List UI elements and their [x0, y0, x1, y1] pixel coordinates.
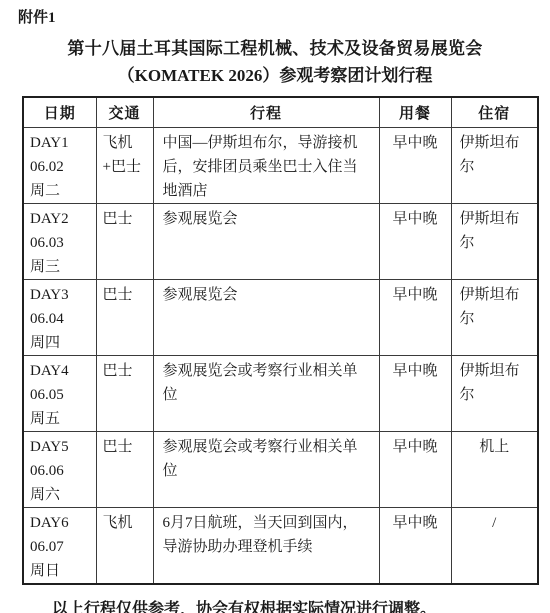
col-header-lodging: 住宿: [451, 97, 538, 127]
meals-cell: 早中晚: [379, 203, 451, 279]
table-header-row: 日期 交通 行程 用餐 住宿: [23, 97, 538, 127]
date-label: 06.06: [30, 459, 93, 483]
lodging-cell: 伊斯坦布尔: [451, 127, 538, 203]
itinerary-cell: 参观展览会或考察行业相关单位: [153, 355, 379, 431]
date-label: 06.04: [30, 307, 93, 331]
table-row-day2: DAY2 06.03 周三 巴士 参观展览会 早中晚 伊斯坦布尔: [23, 203, 538, 279]
lodging-cell: 伊斯坦布尔: [451, 203, 538, 279]
transport-cell: 巴士: [96, 279, 153, 355]
day-label: DAY3: [30, 283, 93, 307]
itinerary-subtitle: （KOMATEK 2026）参观考察团计划行程: [0, 65, 550, 87]
exhibition-title: 第十八届土耳其国际工程机械、技术及设备贸易展览会: [0, 38, 550, 60]
lodging-cell: 机上: [451, 431, 538, 507]
table-row-day1: DAY1 06.02 周二 飞机+巴士 中国—伊斯坦布尔，导游接机后，安排团员乘…: [23, 127, 538, 203]
lodging-cell: 伊斯坦布尔: [451, 279, 538, 355]
transport-cell: 巴士: [96, 431, 153, 507]
transport-cell: 巴士: [96, 203, 153, 279]
transport-cell: 飞机+巴士: [96, 127, 153, 203]
date-cell: DAY2 06.03 周三: [23, 203, 96, 279]
date-label: 06.05: [30, 383, 93, 407]
table-row-day3: DAY3 06.04 周四 巴士 参观展览会 早中晚 伊斯坦布尔: [23, 279, 538, 355]
col-header-meals: 用餐: [379, 97, 451, 127]
meals-cell: 早中晚: [379, 355, 451, 431]
meals-cell: 早中晚: [379, 507, 451, 584]
transport-cell: 飞机: [96, 507, 153, 584]
itinerary-cell: 中国—伊斯坦布尔，导游接机后，安排团员乘坐巴士入住当地酒店: [153, 127, 379, 203]
lodging-cell: 伊斯坦布尔: [451, 355, 538, 431]
meals-cell: 早中晚: [379, 127, 451, 203]
day-label: DAY6: [30, 511, 93, 535]
table-row-day6: DAY6 06.07 周日 飞机 6月7日航班，当天回到国内，导游协助办理登机手…: [23, 507, 538, 584]
weekday-label: 周六: [30, 483, 93, 507]
weekday-label: 周五: [30, 407, 93, 431]
weekday-label: 周四: [30, 331, 93, 355]
date-cell: DAY5 06.06 周六: [23, 431, 96, 507]
itinerary-cell: 参观展览会: [153, 279, 379, 355]
date-cell: DAY1 06.02 周二: [23, 127, 96, 203]
footer-note: 以上行程仅供参考，协会有权根据实际情况进行调整。: [52, 599, 550, 613]
day-label: DAY4: [30, 359, 93, 383]
date-label: 06.03: [30, 231, 93, 255]
date-cell: DAY3 06.04 周四: [23, 279, 96, 355]
day-label: DAY5: [30, 435, 93, 459]
day-label: DAY1: [30, 131, 93, 155]
weekday-label: 周二: [30, 179, 93, 203]
day-label: DAY2: [30, 207, 93, 231]
col-header-transport: 交通: [96, 97, 153, 127]
weekday-label: 周日: [30, 559, 93, 583]
weekday-label: 周三: [30, 255, 93, 279]
itinerary-cell: 参观展览会或考察行业相关单位: [153, 431, 379, 507]
itinerary-table: 日期 交通 行程 用餐 住宿 DAY1 06.02 周二 飞机+巴士 中国—伊斯…: [22, 96, 539, 585]
itinerary-cell: 参观展览会: [153, 203, 379, 279]
meals-cell: 早中晚: [379, 431, 451, 507]
date-cell: DAY4 06.05 周五: [23, 355, 96, 431]
date-label: 06.02: [30, 155, 93, 179]
table-row-day4: DAY4 06.05 周五 巴士 参观展览会或考察行业相关单位 早中晚 伊斯坦布…: [23, 355, 538, 431]
col-header-itinerary: 行程: [153, 97, 379, 127]
itinerary-cell: 6月7日航班，当天回到国内，导游协助办理登机手续: [153, 507, 379, 584]
date-label: 06.07: [30, 535, 93, 559]
date-cell: DAY6 06.07 周日: [23, 507, 96, 584]
meals-cell: 早中晚: [379, 279, 451, 355]
table-row-day5: DAY5 06.06 周六 巴士 参观展览会或考察行业相关单位 早中晚 机上: [23, 431, 538, 507]
attachment-label: 附件1: [18, 0, 550, 28]
transport-cell: 巴士: [96, 355, 153, 431]
lodging-cell: /: [451, 507, 538, 584]
col-header-date: 日期: [23, 97, 96, 127]
